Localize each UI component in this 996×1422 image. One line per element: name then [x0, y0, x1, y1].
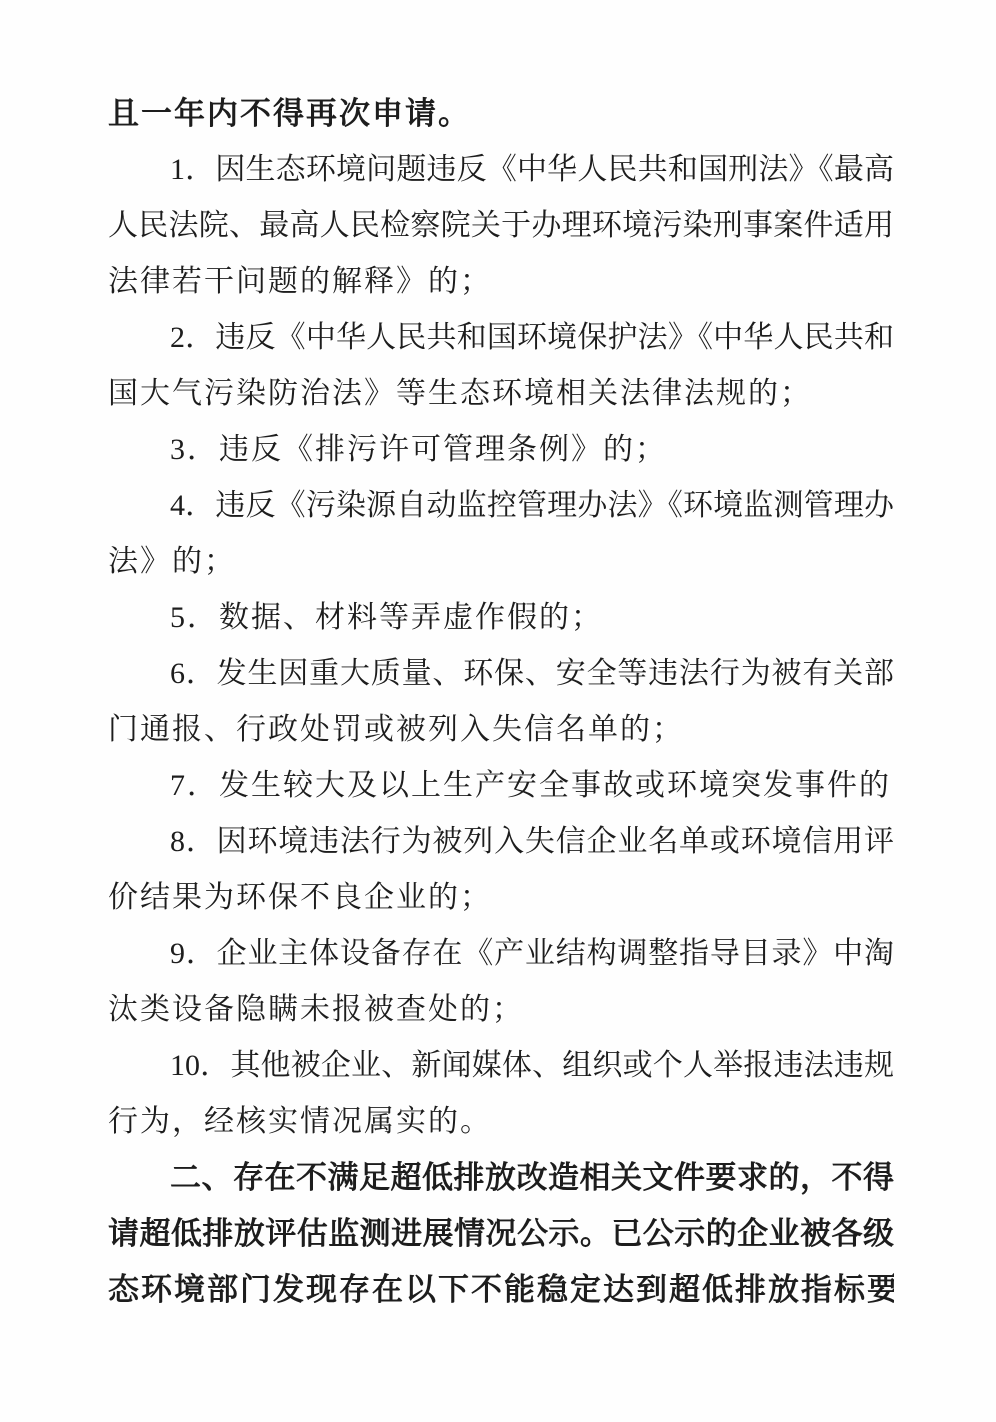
document-text-block: 且一年内不得再次申请。1．因生态环境问题违反《中华人民共和国刑法》《最高人民法院…	[108, 86, 894, 1318]
document-line: 8．因环境违法行为被列入失信企业名单或环境信用评	[108, 814, 894, 870]
document-line: 法》的；	[108, 534, 894, 590]
document-line: 行为，经核实情况属实的。	[108, 1094, 894, 1150]
document-line: 4．违反《污染源自动监控管理办法》《环境监测管理办	[108, 478, 894, 534]
document-page: 且一年内不得再次申请。1．因生态环境问题违反《中华人民共和国刑法》《最高人民法院…	[0, 0, 996, 1422]
document-line: 价结果为环保不良企业的；	[108, 870, 894, 926]
document-line: 9．企业主体设备存在《产业结构调整指导目录》中淘	[108, 926, 894, 982]
document-line: 法律若干问题的解释》的；	[108, 254, 894, 310]
document-line: 2．违反《中华人民共和国环境保护法》《中华人民共和	[108, 310, 894, 366]
document-line: 国大气污染防治法》等生态环境相关法律法规的；	[108, 366, 894, 422]
document-line: 7．发生较大及以上生产安全事故或环境突发事件的；	[108, 758, 894, 814]
document-line: 汰类设备隐瞒未报被查处的；	[108, 982, 894, 1038]
document-line: 5．数据、材料等弄虚作假的；	[108, 590, 894, 646]
document-line: 且一年内不得再次申请。	[108, 86, 894, 142]
document-line: 人民法院、最高人民检察院关于办理环境污染刑事案件适用	[108, 198, 894, 254]
document-line: 1．因生态环境问题违反《中华人民共和国刑法》《最高	[108, 142, 894, 198]
document-line: 二、存在不满足超低排放改造相关文件要求的，不得申	[108, 1150, 894, 1206]
document-line: 10．其他被企业、新闻媒体、组织或个人举报违法违规	[108, 1038, 894, 1094]
document-line: 3．违反《排污许可管理条例》的；	[108, 422, 894, 478]
document-line: 请超低排放评估监测进展情况公示。已公示的企业被各级生	[108, 1206, 894, 1262]
document-line: 门通报、行政处罚或被列入失信名单的；	[108, 702, 894, 758]
document-line: 态环境部门发现存在以下不能稳定达到超低排放指标要求	[108, 1262, 894, 1318]
document-line: 6．发生因重大质量、环保、安全等违法行为被有关部	[108, 646, 894, 702]
